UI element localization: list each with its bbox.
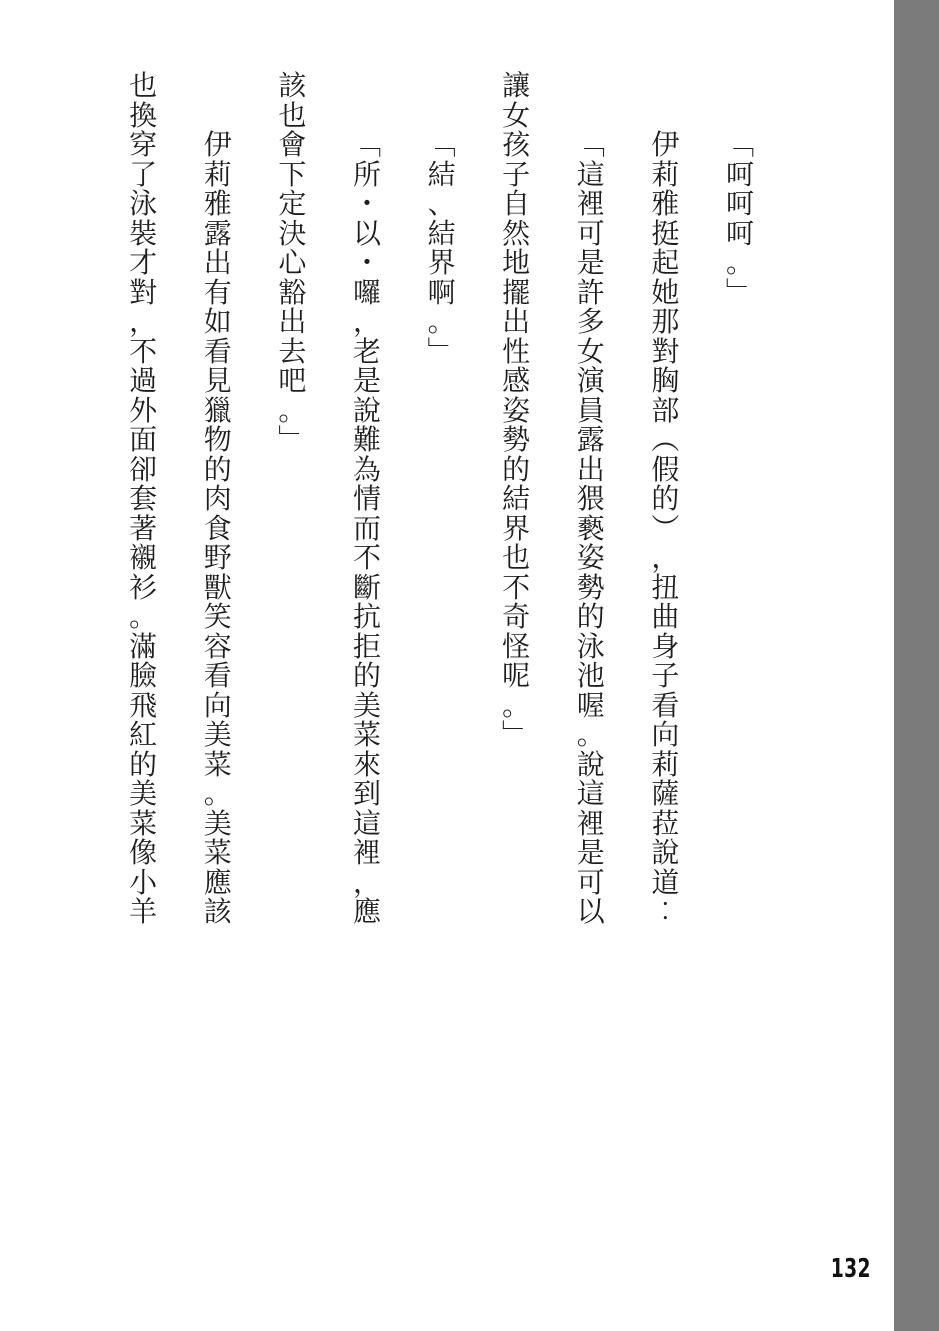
glyph: 的: [576, 603, 606, 633]
glyph: 像: [128, 839, 158, 869]
glyph: 的: [352, 662, 382, 692]
glyph: 出: [501, 308, 531, 338]
glyph: 演: [576, 367, 606, 397]
glyph: 結: [427, 220, 457, 250]
glyph: 食: [203, 515, 233, 545]
glyph: 是: [576, 839, 606, 869]
glyph: 曲: [650, 603, 680, 633]
glyph: 所: [352, 161, 382, 191]
glyph: 該: [277, 72, 307, 102]
glyph: 可: [576, 220, 606, 250]
glyph: 雅: [203, 190, 233, 220]
glyph: 有: [203, 279, 233, 309]
glyph: 擺: [501, 279, 531, 309]
glyph: 獵: [203, 397, 233, 427]
glyph: 自: [501, 190, 531, 220]
glyph: ︰: [650, 898, 680, 928]
glyph: 說: [576, 751, 606, 781]
glyph: ，: [352, 869, 382, 899]
glyph: 裡: [576, 190, 606, 220]
glyph: 決: [277, 220, 307, 250]
glyph: 地: [501, 249, 531, 279]
glyph: ﹂: [725, 279, 755, 309]
glyph: 拒: [352, 633, 382, 663]
glyph: 身: [650, 633, 680, 663]
glyph: 美: [352, 692, 382, 722]
glyph: ︵: [650, 426, 680, 456]
glyph: 豁: [277, 279, 307, 309]
glyph: 裝: [128, 220, 158, 250]
glyph: 對: [650, 338, 680, 368]
glyph: 看: [650, 692, 680, 722]
glyph: 她: [650, 279, 680, 309]
glyph: 露: [203, 220, 233, 250]
glyph: 出: [277, 308, 307, 338]
glyph: 飛: [128, 692, 158, 722]
glyph: 會: [277, 131, 307, 161]
glyph: 假: [650, 456, 680, 486]
glyph: 薩: [650, 780, 680, 810]
text-line: ﹁這裡可是許多女演員露出猥褻姿勢的泳池喔。說這裡是可以: [576, 131, 606, 928]
glyph: 出: [203, 249, 233, 279]
glyph: 去: [277, 338, 307, 368]
glyph: 呵: [725, 220, 755, 250]
glyph: 出: [576, 456, 606, 486]
glyph: 而: [352, 515, 382, 545]
glyph: 讓: [501, 72, 531, 102]
glyph: 肉: [203, 485, 233, 515]
glyph: 的: [650, 485, 680, 515]
glyph: 這: [352, 810, 382, 840]
glyph: ，: [650, 544, 680, 574]
glyph: 看: [203, 338, 233, 368]
glyph: 定: [277, 190, 307, 220]
glyph: 怪: [501, 633, 531, 663]
glyph: ，: [352, 308, 382, 338]
glyph: 說: [650, 839, 680, 869]
glyph: 。: [501, 692, 531, 722]
glyph: 老: [352, 338, 382, 368]
glyph: 孩: [501, 131, 531, 161]
text-line: ﹁呵呵呵。﹂: [725, 131, 755, 308]
glyph: 子: [650, 662, 680, 692]
glyph: 美: [128, 780, 158, 810]
glyph: 難: [352, 426, 382, 456]
glyph: 應: [352, 898, 382, 928]
glyph: 、: [427, 190, 457, 220]
glyph: 莉: [650, 751, 680, 781]
glyph: ，: [128, 308, 158, 338]
glyph: 紅: [128, 721, 158, 751]
glyph: 性: [501, 338, 531, 368]
glyph: 笑: [203, 603, 233, 633]
glyph: 扭: [650, 574, 680, 604]
vertical-text-block: ﹁呵呵呵。﹂伊莉雅挺起她那對胸部︵假的︶，扭曲身子看向莉薩菈說道︰﹁這裡可是許多…: [0, 0, 939, 1000]
glyph: 啊: [427, 279, 457, 309]
page-edge-gutter: [894, 0, 939, 1331]
glyph: 襯: [128, 544, 158, 574]
glyph: 心: [277, 249, 307, 279]
glyph: 菜: [203, 751, 233, 781]
text-line: 該也會下定決心豁出去吧。﹂: [277, 72, 307, 456]
glyph: 見: [203, 367, 233, 397]
glyph: ︶: [650, 515, 680, 545]
glyph: ﹁: [427, 131, 457, 161]
glyph: 感: [501, 367, 531, 397]
glyph: 也: [501, 544, 531, 574]
glyph: 穿: [128, 131, 158, 161]
glyph: ・: [352, 190, 382, 220]
glyph: 斷: [352, 574, 382, 604]
glyph: 向: [203, 692, 233, 722]
glyph: 以: [352, 220, 382, 250]
glyph: 然: [501, 220, 531, 250]
glyph: 美: [203, 721, 233, 751]
glyph: 雅: [650, 190, 680, 220]
glyph: 裡: [576, 810, 606, 840]
book-page: ﹁呵呵呵。﹂伊莉雅挺起她那對胸部︵假的︶，扭曲身子看向莉薩菈說道︰﹁這裡可是許多…: [0, 0, 939, 1331]
glyph: 子: [501, 161, 531, 191]
glyph: 向: [650, 721, 680, 751]
glyph: 可: [576, 869, 606, 899]
glyph: 池: [576, 662, 606, 692]
glyph: 。: [277, 397, 307, 427]
glyph: 。: [427, 308, 457, 338]
glyph: 泳: [128, 190, 158, 220]
glyph: 挺: [650, 220, 680, 250]
glyph: ﹂: [427, 338, 457, 368]
glyph: 。: [576, 721, 606, 751]
glyph: 女: [501, 102, 531, 132]
glyph: ﹂: [277, 426, 307, 456]
glyph: 吧: [277, 367, 307, 397]
glyph: 猥: [576, 485, 606, 515]
glyph: 。: [203, 780, 233, 810]
glyph: 獸: [203, 574, 233, 604]
glyph: 的: [128, 751, 158, 781]
glyph: 外: [128, 397, 158, 427]
glyph: 姿: [501, 397, 531, 427]
glyph: 的: [501, 456, 531, 486]
glyph: 褻: [576, 515, 606, 545]
glyph: 來: [352, 751, 382, 781]
glyph: 。: [725, 249, 755, 279]
glyph: 該: [203, 898, 233, 928]
glyph: 多: [576, 308, 606, 338]
glyph: 著: [128, 515, 158, 545]
glyph: 卻: [128, 456, 158, 486]
glyph: 為: [352, 456, 382, 486]
glyph: 奇: [501, 603, 531, 633]
glyph: 界: [427, 249, 457, 279]
glyph: 是: [576, 249, 606, 279]
glyph: ﹁: [576, 131, 606, 161]
glyph: 莉: [203, 161, 233, 191]
text-line: ﹁所・以・囉，老是說難為情而不斷抗拒的美菜來到這裡，應: [352, 131, 382, 928]
glyph: 抗: [352, 603, 382, 633]
glyph: 美: [203, 810, 233, 840]
glyph: 羊: [128, 898, 158, 928]
glyph: 滿: [128, 633, 158, 663]
glyph: 許: [576, 279, 606, 309]
glyph: 看: [203, 662, 233, 692]
page-number: 132: [831, 1254, 866, 1284]
glyph: 才: [128, 249, 158, 279]
glyph: ﹂: [501, 721, 531, 751]
glyph: 應: [203, 869, 233, 899]
glyph: 喔: [576, 692, 606, 722]
glyph: 容: [203, 633, 233, 663]
glyph: 說: [352, 397, 382, 427]
text-line: 讓女孩子自然地擺出性感姿勢的結界也不奇怪呢。﹂: [501, 72, 531, 751]
text-line: 伊莉雅挺起她那對胸部︵假的︶，扭曲身子看向莉薩菈說道︰: [650, 131, 680, 928]
glyph: 了: [128, 161, 158, 191]
glyph: 套: [128, 485, 158, 515]
glyph: 對: [128, 279, 158, 309]
glyph: 不: [501, 574, 531, 604]
glyph: 呵: [725, 190, 755, 220]
glyph: 呢: [501, 662, 531, 692]
glyph: 過: [128, 367, 158, 397]
glyph: 的: [203, 456, 233, 486]
glyph: 勢: [501, 426, 531, 456]
glyph: 如: [203, 308, 233, 338]
glyph: 不: [352, 544, 382, 574]
glyph: ・: [352, 249, 382, 279]
glyph: 菜: [128, 810, 158, 840]
glyph: 情: [352, 485, 382, 515]
glyph: 莉: [650, 161, 680, 191]
glyph: ﹁: [725, 131, 755, 161]
glyph: 下: [277, 161, 307, 191]
glyph: 面: [128, 426, 158, 456]
glyph: 菈: [650, 810, 680, 840]
glyph: 道: [650, 869, 680, 899]
glyph: 泳: [576, 633, 606, 663]
glyph: 結: [501, 485, 531, 515]
glyph: 物: [203, 426, 233, 456]
glyph: 起: [650, 249, 680, 279]
glyph: 伊: [650, 131, 680, 161]
glyph: 以: [576, 898, 606, 928]
glyph: 是: [352, 367, 382, 397]
glyph: 小: [128, 869, 158, 899]
glyph: 衫: [128, 574, 158, 604]
glyph: 界: [501, 515, 531, 545]
glyph: 胸: [650, 367, 680, 397]
glyph: 野: [203, 544, 233, 574]
glyph: 伊: [203, 131, 233, 161]
glyph: ﹁: [352, 131, 382, 161]
glyph: 換: [128, 102, 158, 132]
glyph: 結: [427, 161, 457, 191]
glyph: 員: [576, 397, 606, 427]
glyph: 女: [576, 338, 606, 368]
glyph: 呵: [725, 161, 755, 191]
glyph: 菜: [352, 721, 382, 751]
glyph: 裡: [352, 839, 382, 869]
glyph: 菜: [203, 839, 233, 869]
glyph: 囉: [352, 279, 382, 309]
glyph: 也: [277, 102, 307, 132]
text-line: 也換穿了泳裝才對，不過外面卻套著襯衫。滿臉飛紅的美菜像小羊: [128, 72, 158, 928]
glyph: 露: [576, 426, 606, 456]
glyph: 部: [650, 397, 680, 427]
glyph: 。: [128, 603, 158, 633]
glyph: 臉: [128, 662, 158, 692]
text-line: ﹁結、結界啊。﹂: [427, 131, 457, 367]
glyph: 勢: [576, 574, 606, 604]
text-line: 伊莉雅露出有如看見獵物的肉食野獸笑容看向美菜。美菜應該: [203, 131, 233, 928]
glyph: 那: [650, 308, 680, 338]
glyph: 也: [128, 72, 158, 102]
glyph: 不: [128, 338, 158, 368]
glyph: 姿: [576, 544, 606, 574]
glyph: 這: [576, 161, 606, 191]
glyph: 到: [352, 780, 382, 810]
glyph: 這: [576, 780, 606, 810]
